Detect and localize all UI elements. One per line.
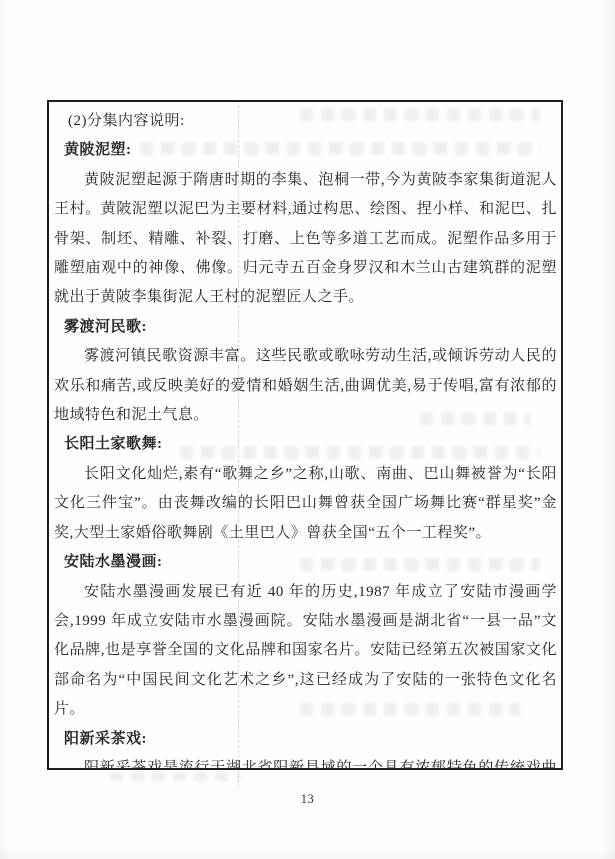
bleed-through-artifact <box>110 772 240 781</box>
section-body: 阳新采茶戏是流行于湖北省阳新县域的一个具有浓郁特色的传统戏曲剧 <box>54 754 557 770</box>
section-yangxin-tea-picking-opera: 阳新采茶戏: 阳新采茶戏是流行于湖北省阳新县域的一个具有浓郁特色的传统戏曲剧 <box>54 725 557 770</box>
scanned-document-page: (2)分集内容说明: 黄陂泥塑: 黄陂泥塑起源于隋唐时期的李集、泡桐一带,今为黄… <box>0 0 615 859</box>
section-heading: 黄陂泥塑: <box>54 136 557 165</box>
section-heading: 长阳土家歌舞: <box>54 430 557 459</box>
content-border-box: (2)分集内容说明: 黄陂泥塑: 黄陂泥塑起源于隋唐时期的李集、泡桐一带,今为黄… <box>47 100 563 770</box>
section-anlu-ink-wash-cartoon: 安陆水墨漫画: 安陆水墨漫画发展已有近 40 年的历史,1987 年成立了安陆市… <box>54 548 557 724</box>
section-heading: 安陆水墨漫画: <box>54 548 557 577</box>
section-body: 安陆水墨漫画发展已有近 40 年的历史,1987 年成立了安陆市漫画学会,199… <box>54 578 557 725</box>
section-body: 雾渡河镇民歌资源丰富。这些民歌或歌咏劳动生活,或倾诉劳动人民的欢乐和痛苦,或反映… <box>54 342 557 430</box>
section-wuduhe-folk-songs: 雾渡河民歌: 雾渡河镇民歌资源丰富。这些民歌或歌咏劳动生活,或倾诉劳动人民的欢乐… <box>54 313 557 431</box>
section-huangpi-clay-sculpture: 黄陂泥塑: 黄陂泥塑起源于隋唐时期的李集、泡桐一带,今为黄陂李家集街道泥人王村。… <box>54 136 557 312</box>
section-body: 黄陂泥塑起源于隋唐时期的李集、泡桐一带,今为黄陂李家集街道泥人王村。黄陂泥塑以泥… <box>54 166 557 313</box>
section-changyang-tujia-song-dance: 长阳土家歌舞: 长阳文化灿烂,素有“歌舞之乡”之称,山歌、南曲、巴山舞被誉为“长… <box>54 430 557 548</box>
section-heading: 雾渡河民歌: <box>54 313 557 342</box>
section-body: 长阳文化灿烂,素有“歌舞之乡”之称,山歌、南曲、巴山舞被誉为“长阳文化三件宝”。… <box>54 460 557 548</box>
page-number: 13 <box>0 792 615 807</box>
section-heading: 阳新采茶戏: <box>54 725 557 754</box>
intro-line: (2)分集内容说明: <box>54 107 557 136</box>
